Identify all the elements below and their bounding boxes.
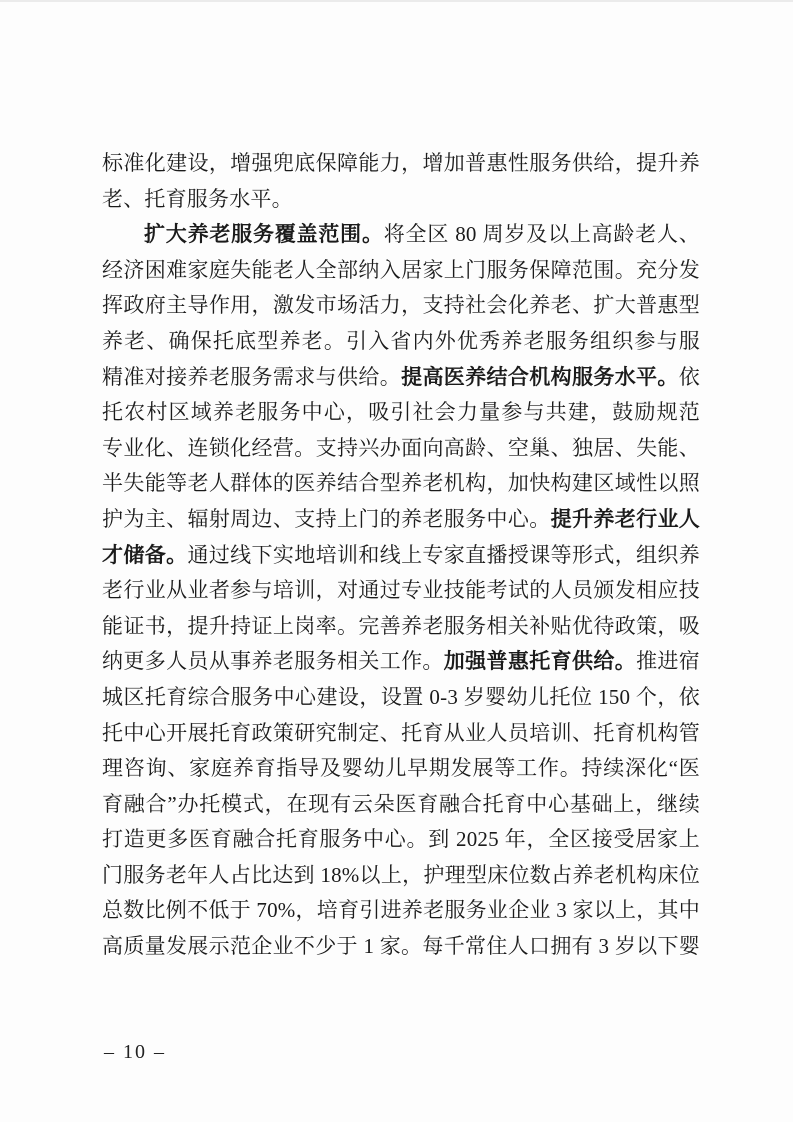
document-page: 标准化建设，增强兜底保障能力，增加普惠性服务供给，提升养老、托育服务水平。扩大养… — [0, 0, 793, 1122]
text-segment: 总数比例不低于 70%，培育引进养老服务业企业 3 家以上，其中 — [102, 898, 700, 922]
text-segment: 经济困难家庭失能老人全部纳入居家上门服务保障范围。充分发 — [102, 258, 700, 282]
bold-heading-segment: 提高医养结合机构服务水平。 — [401, 365, 679, 389]
text-line: 纳更多人员从事养老服务相关工作。加强普惠托育供给。推进宿 — [102, 644, 700, 680]
text-segment: 将全区 80 周岁及以上高龄老人、 — [384, 222, 700, 246]
text-segment: 挥政府主导作用，激发市场活力，支持社会化养老、扩大普惠型 — [102, 293, 700, 317]
text-segment: 门服务老年人占比达到 18%以上，护理型床位数占养老机构床位 — [102, 863, 700, 887]
text-segment: 推进宿 — [636, 649, 700, 673]
text-line: 老行业从业者参与培训，对通过专业技能考试的人员颁发相应技 — [102, 573, 700, 609]
text-line: 标准化建设，增强兜底保障能力，增加普惠性服务供给，提升养 — [102, 146, 700, 182]
text-segment: 理咨询、家庭养育指导及婴幼儿早期发展等工作。持续深化“医 — [102, 756, 700, 780]
text-line: 才储备。通过线下实地培训和线上专家直播授课等形式，组织养 — [102, 538, 700, 574]
text-line: 能证书，提升持证上岗率。完善养老服务相关补贴优待政策，吸 — [102, 609, 700, 645]
text-segment: 护为主、辐射周边、支持上门的养老服务中心。 — [102, 507, 551, 531]
text-segment: 老行业从业者参与培训，对通过专业技能考试的人员颁发相应技 — [102, 578, 700, 602]
text-line: 城区托育综合服务中心建设，设置 0-3 岁婴幼儿托位 150 个，依 — [102, 680, 700, 716]
bold-heading-segment: 扩大养老服务覆盖范围。 — [144, 222, 384, 246]
text-segment: 育融合”办托模式，在现有云朵医育融合托育中心基础上，继续 — [102, 792, 700, 816]
text-line: 打造更多医育融合托育服务中心。到 2025 年，全区接受居家上 — [102, 822, 700, 858]
text-line: 门服务老年人占比达到 18%以上，护理型床位数占养老机构床位 — [102, 858, 700, 894]
text-segment: 养老、确保托底型养老。引入省内外优秀养老服务组织参与服务， — [102, 329, 700, 360]
text-line: 半失能等老人群体的医养结合型养老机构，加快构建区域性以照 — [102, 466, 700, 502]
text-segment: 精准对接养老服务需求与供给。 — [102, 365, 401, 389]
text-line: 托中心开展托育政策研究制定、托育从业人员培训、托育机构管 — [102, 716, 700, 752]
text-segment: 通过线下实地培训和线上专家直播授课等形式，组织养 — [187, 543, 700, 567]
text-segment: 标准化建设，增强兜底保障能力，增加普惠性服务供给，提升养 — [102, 151, 700, 175]
text-segment: 半失能等老人群体的医养结合型养老机构，加快构建区域性以照 — [102, 471, 700, 495]
text-line: 经济困难家庭失能老人全部纳入居家上门服务保障范围。充分发 — [102, 253, 700, 289]
text-segment: 托中心开展托育政策研究制定、托育从业人员培训、托育机构管 — [102, 721, 700, 745]
bold-heading-segment: 加强普惠托育供给。 — [444, 649, 636, 673]
bold-heading-segment: 才储备。 — [102, 543, 187, 567]
text-segment: 专业化、连锁化经营。支持兴办面向高龄、空巢、独居、失能、 — [102, 436, 700, 460]
bold-heading-segment: 提升养老行业人 — [551, 507, 700, 531]
scan-edge-artifact — [0, 0, 793, 2]
text-line: 精准对接养老服务需求与供给。提高医养结合机构服务水平。依 — [102, 360, 700, 396]
text-line: 理咨询、家庭养育指导及婴幼儿早期发展等工作。持续深化“医 — [102, 751, 700, 787]
text-segment: 打造更多医育融合托育服务中心。到 2025 年，全区接受居家上 — [102, 827, 700, 851]
text-segment: 纳更多人员从事养老服务相关工作。 — [102, 649, 444, 673]
text-line: 扩大养老服务覆盖范围。将全区 80 周岁及以上高龄老人、 — [102, 217, 700, 253]
text-line: 护为主、辐射周边、支持上门的养老服务中心。提升养老行业人 — [102, 502, 700, 538]
text-line: 育融合”办托模式，在现有云朵医育融合托育中心基础上，继续 — [102, 787, 700, 823]
body-text: 标准化建设，增强兜底保障能力，增加普惠性服务供给，提升养老、托育服务水平。扩大养… — [102, 146, 700, 965]
text-segment: 高质量发展示范企业不少于 1 家。每千常住人口拥有 3 岁以下婴 — [102, 934, 700, 958]
text-line: 挥政府主导作用，激发市场活力，支持社会化养老、扩大普惠型 — [102, 288, 700, 324]
text-segment: 托农村区域养老服务中心，吸引社会力量参与共建，鼓励规范化、 — [102, 400, 700, 431]
text-line: 高质量发展示范企业不少于 1 家。每千常住人口拥有 3 岁以下婴 — [102, 929, 700, 965]
text-line: 养老、确保托底型养老。引入省内外优秀养老服务组织参与服务， — [102, 324, 700, 360]
text-segment: 依 — [679, 365, 700, 389]
page-number: – 10 – — [104, 1040, 166, 1064]
text-line: 专业化、连锁化经营。支持兴办面向高龄、空巢、独居、失能、 — [102, 431, 700, 467]
text-segment: 老、托育服务水平。 — [102, 187, 293, 211]
text-line: 总数比例不低于 70%，培育引进养老服务业企业 3 家以上，其中 — [102, 893, 700, 929]
text-line: 托农村区域养老服务中心，吸引社会力量参与共建，鼓励规范化、 — [102, 395, 700, 431]
text-segment: 城区托育综合服务中心建设，设置 0-3 岁婴幼儿托位 150 个，依 — [102, 685, 700, 709]
text-line: 老、托育服务水平。 — [102, 182, 700, 218]
text-segment: 能证书，提升持证上岗率。完善养老服务相关补贴优待政策，吸 — [102, 614, 700, 638]
